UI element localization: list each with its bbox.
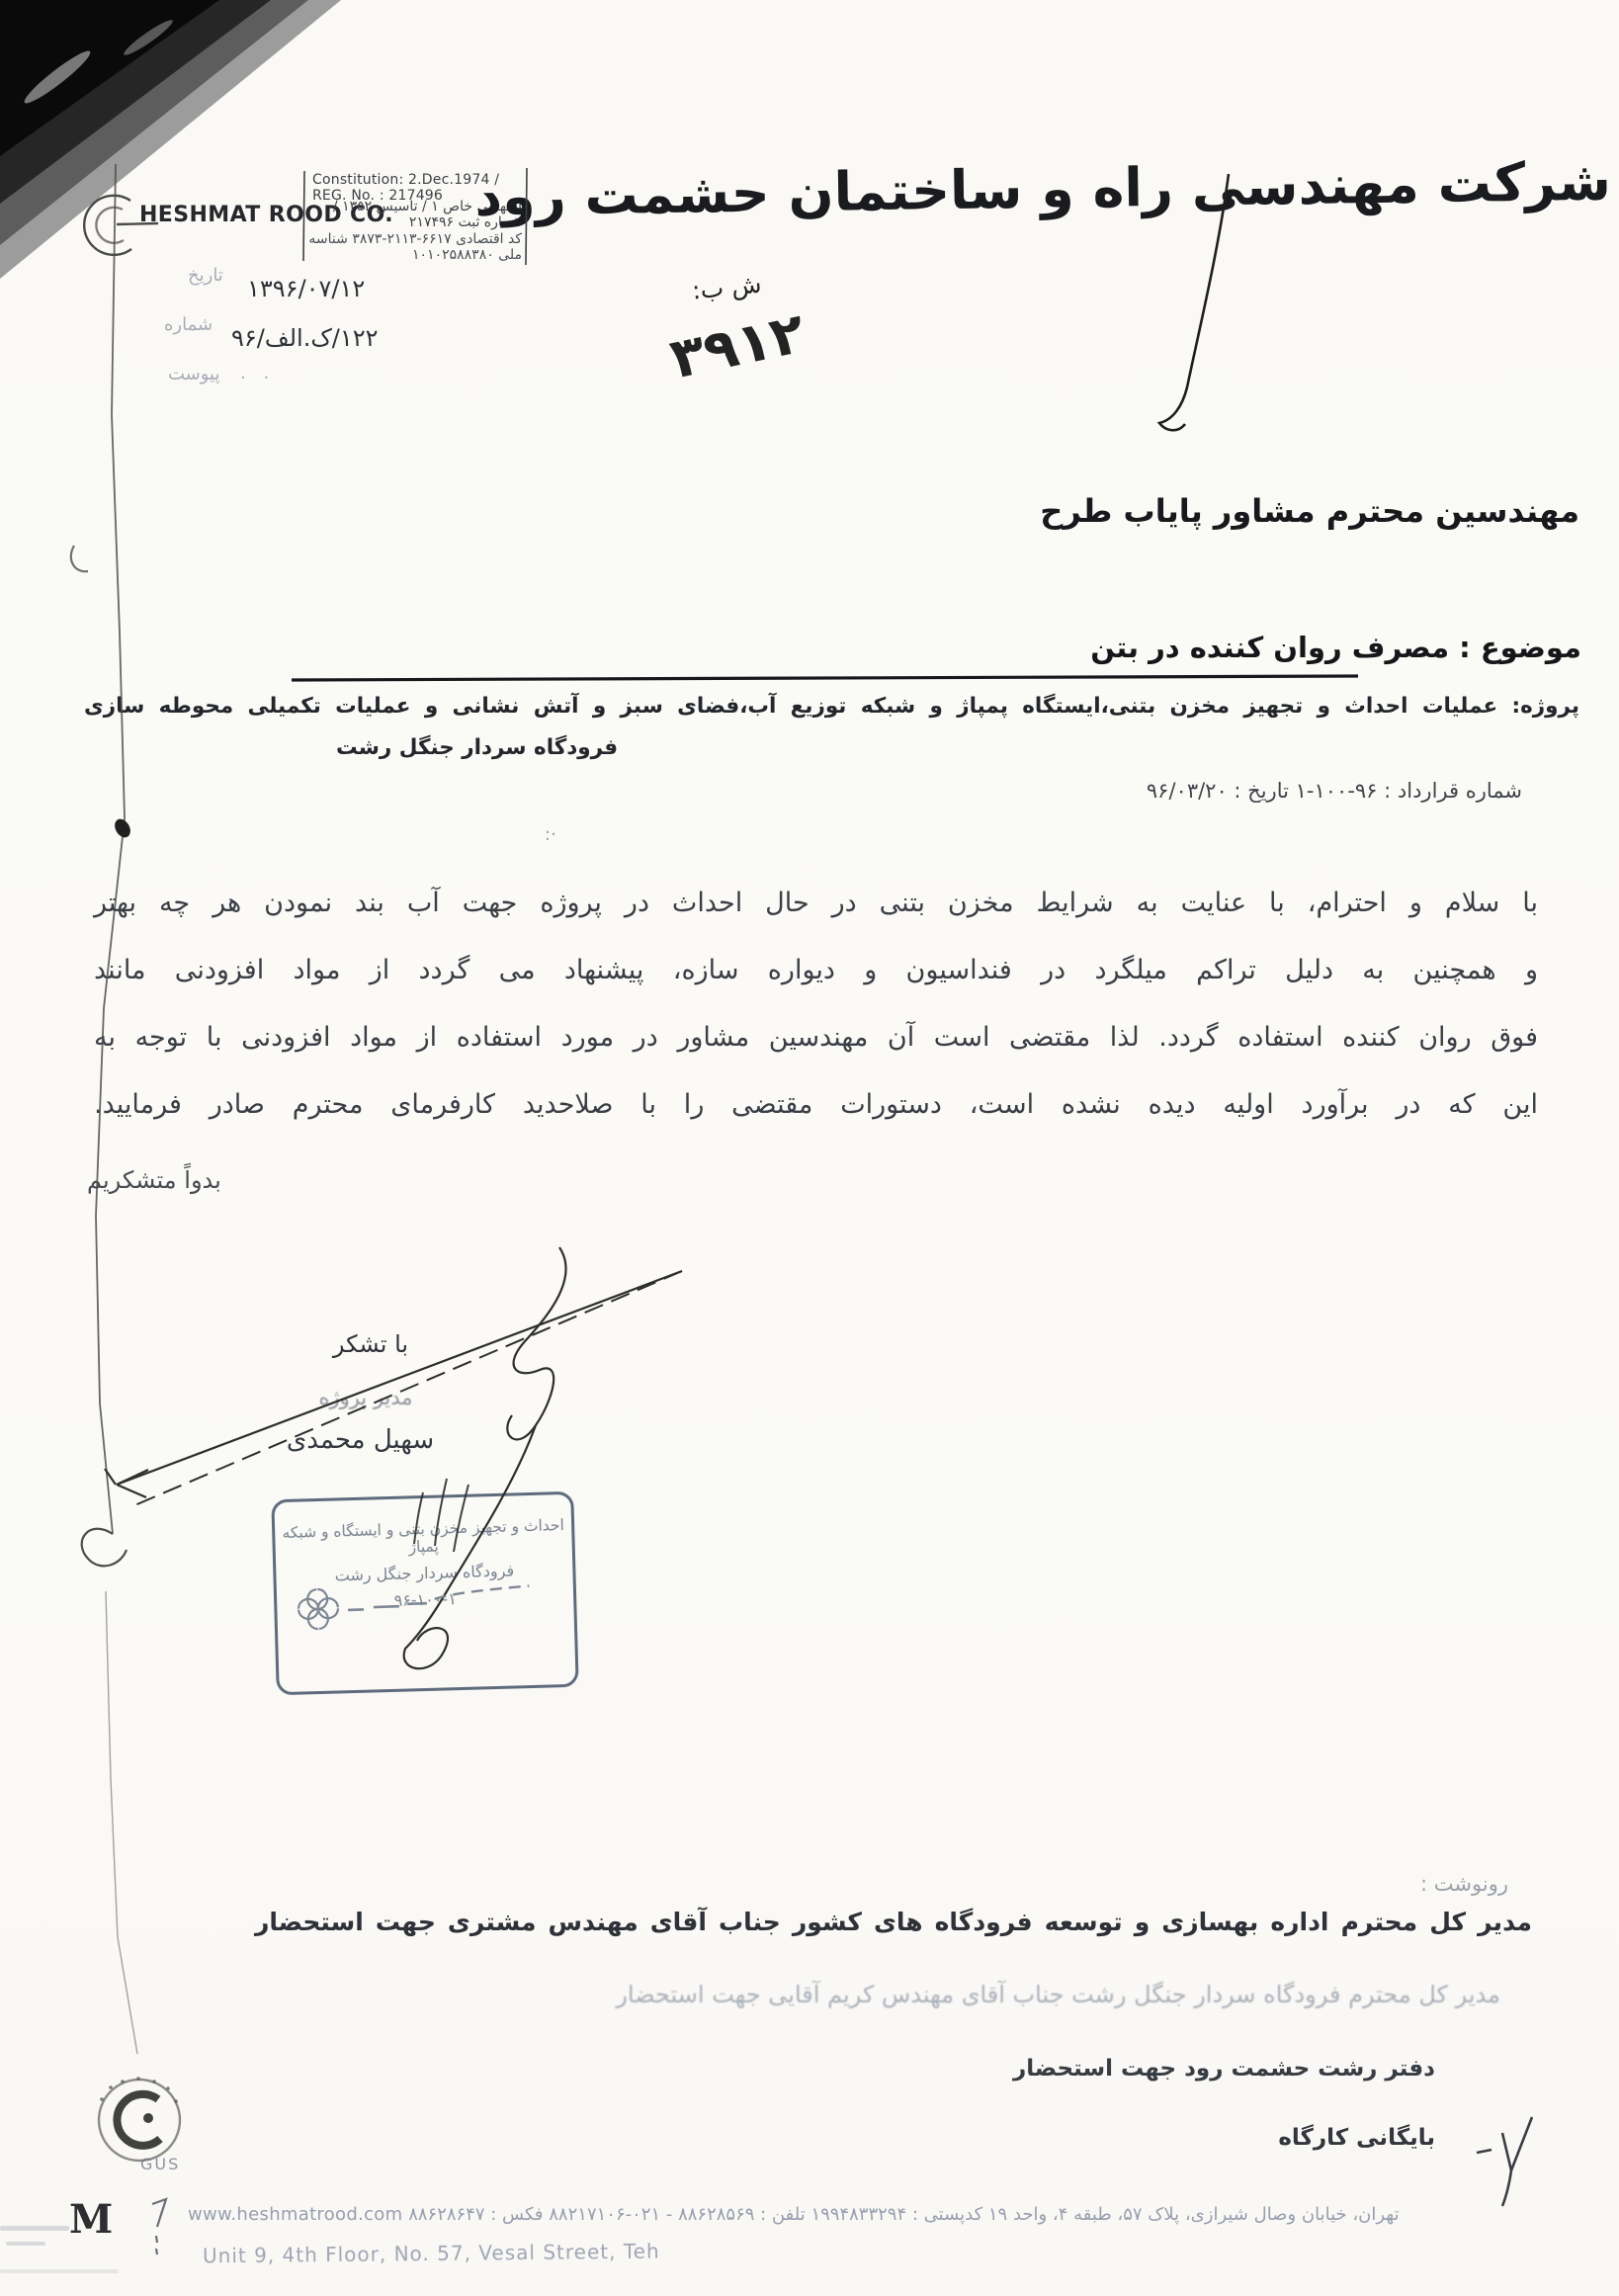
contract-number-line: شماره قرارداد : ۹۶-۱۰۰-۱ تاریخ : ۹۶/۰۳/۲…: [1147, 779, 1522, 803]
handwritten-note: ش ب:: [691, 269, 763, 304]
body-line-3: فوق روان کننده استفاده گردد. لذا مقتضی ا…: [94, 1022, 1538, 1053]
footer-address-en: Unit 9, 4th Floor, No. 57, Vesal Street,…: [203, 2240, 660, 2268]
body-line-2: و همچنین به دلیل تراکم میلگرد در فنداسیو…: [94, 955, 1538, 985]
signature-name: سهیل محمدی: [279, 1425, 442, 1455]
company-name-fa-calligraphy: شرکت مهندسی راه و ساختمان حشمت رود: [433, 150, 1612, 240]
signature-title: مدیر پروژه: [297, 1386, 435, 1409]
cc-item-2: مدیر کل محترم فرودگاه سردار جنگل رشت جنا…: [393, 1981, 1500, 2008]
footer-contact-line: تهران، خیابان وصال شیرازی، پلاک ۵۷، طبقه…: [188, 2204, 1426, 2225]
checkmark-icon: [1477, 2117, 1532, 2206]
subject-line: موضوع : مصرف روان کننده در بتن: [1090, 631, 1581, 664]
number-value: ۱۲۲/ک.الف/۹۶: [231, 324, 379, 352]
subject-underline: [292, 676, 1358, 680]
attachment-label: پیوست: [168, 364, 220, 384]
attachment-value: · ·: [240, 368, 275, 388]
body-line-1: با سلام و احترام، با عنایت به شرایط مخزن…: [94, 888, 1538, 918]
m-logo-check-icon: [152, 2199, 166, 2254]
gus-stamp-label: GUS: [140, 2155, 180, 2173]
recipient-line: مهندسین محترم مشاور پایاب طرح: [1040, 492, 1579, 530]
date-label: تاریخ: [188, 265, 223, 286]
m-logo-mark: M: [69, 2196, 113, 2243]
scanned-letter-page: HESHMAT ROOD CO. Constitution: 2.Dec.197…: [0, 0, 1619, 2296]
scanner-corner-shadow: [0, 0, 341, 279]
project-stamp: احداث و تجهیز مخزن بتنی و ایستگاه و شبکه…: [271, 1491, 578, 1695]
body-line-4: این که در برآورد اولیه دیده نشده است، دس…: [94, 1089, 1538, 1120]
signature-thanks: با تشکر: [321, 1330, 420, 1358]
cc-item-4: بایگانی کارگاه: [1278, 2125, 1435, 2151]
stamp-line-2: فرودگاه سردار جنگل رشت: [276, 1560, 572, 1586]
cc-item-3: دفتر رشت حشمت رود جهت استحضار: [1013, 2056, 1435, 2082]
stray-colon-mark: :·: [545, 824, 556, 845]
certification-stamp-icon: [99, 2077, 180, 2161]
date-value: ۱۳۹۶/۰۷/۱۲: [247, 275, 365, 302]
project-line2: فرودگاه سردار جنگل رشت: [336, 735, 618, 760]
handwritten-number: ۳۹۱۲: [665, 300, 810, 391]
closing-line: بدواً متشکریم: [87, 1166, 221, 1194]
stamp-line-1: احداث و تجهیز مخزن بتنی و ایستگاه و شبکه…: [275, 1516, 572, 1560]
cc-label: رونوشت :: [1420, 1872, 1508, 1896]
stamp-line-3: ۹۶-۱۰۰-۱: [277, 1586, 573, 1613]
project-line1: پروژه: عملیات احداث و تجهیز مخزن بتنی،ای…: [84, 694, 1579, 719]
number-label: شماره: [164, 314, 213, 335]
cc-item-1: مدیر کل محترم اداره بهسازی و توسعه فرودگ…: [255, 1908, 1532, 1936]
